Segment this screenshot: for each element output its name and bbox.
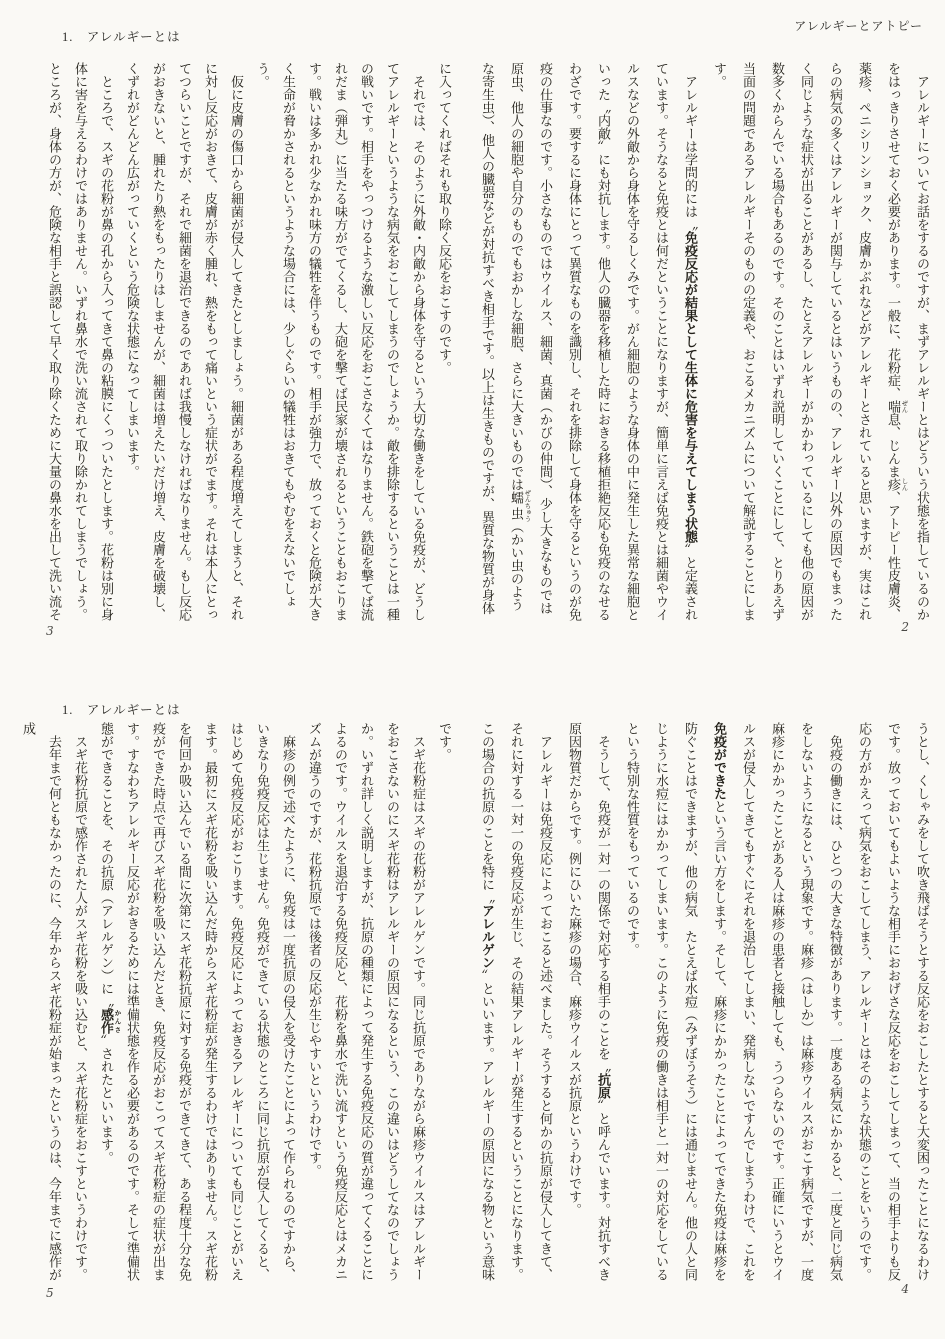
page-number: 5 bbox=[46, 1286, 54, 1300]
section-heading: 1. アレルギーとは bbox=[62, 27, 181, 45]
paragraph: アレルギーについてお話をするのですが、まずアレルギーとはどういう状態を指している… bbox=[705, 62, 937, 622]
book-spread-pages-4-5: 1. アレルギーとは です。 スギ花粉症はスギの花粉がアレルゲンです。同じ抗原で… bbox=[0, 650, 945, 1339]
section-heading: 1. アレルギーとは bbox=[62, 700, 181, 718]
body-text-page-3: に入ってくればそれも取り除く反応をおこすのです。 それでは、そのように外敵・内敵… bbox=[41, 62, 457, 622]
running-head: アレルギーとアトピー bbox=[794, 17, 923, 34]
paragraph: です。 bbox=[431, 722, 457, 1282]
page-3: 1. アレルギーとは に入ってくればそれも取り除く反応をおこすのです。 それでは… bbox=[0, 0, 462, 650]
paragraph: うとし、くしゃみをして吹き飛ばそうとする反応をおこしたとすると大変困ったことにな… bbox=[850, 722, 937, 1282]
page-4: うとし、くしゃみをして吹き飛ばそうとする反応をおこしたとすると大変困ったことにな… bbox=[462, 650, 945, 1339]
paragraph: アレルギーは免疫反応によっておこると述べました。そうすると何かの抗原が侵入してき… bbox=[473, 722, 560, 1282]
page-5: 1. アレルギーとは です。 スギ花粉症はスギの花粉がアレルゲンです。同じ抗原で… bbox=[0, 650, 462, 1339]
book-spread-pages-2-3: 1. アレルギーとは に入ってくればそれも取り除く反応をおこすのです。 それでは… bbox=[0, 0, 945, 650]
paragraph: そうして、免疫が一対一の関係で対応する相手のことを〝抗原〟と呼んでいます。対抗す… bbox=[560, 722, 618, 1282]
paragraph: 仮に皮膚の傷口から細菌が侵入してきたとしましょう。細菌がある程度増えてしまうと、… bbox=[119, 62, 249, 622]
paragraph: ところで、スギの花粉が鼻の孔から入ってきて鼻の粘膜にくっついたとします。花粉は別… bbox=[41, 62, 119, 622]
page-number: 4 bbox=[901, 1282, 909, 1296]
paragraph: それでは、そのように外敵・内敵から身体を守るという大切な働きをしている免疫が、ど… bbox=[249, 62, 431, 622]
paragraph: 免疫の働きには、ひとつの大きな特徴があります。一度ある病気にかかると、二度と同じ… bbox=[618, 722, 850, 1282]
body-text-page-4: うとし、くしゃみをして吹き飛ばそうとする反応をおこしたとすると大変困ったことにな… bbox=[473, 722, 937, 1282]
paragraph: アレルギーは学問的には〝免疫反応が結果として生体に危害を与えてしまう状態〟と定義… bbox=[473, 62, 705, 622]
body-text-page-5: です。 スギ花粉症はスギの花粉がアレルゲンです。同じ抗原でありながら麻疹ウイルス… bbox=[15, 722, 457, 1282]
page-2: アレルギーとアトピー アレルギーについてお話をするのですが、まずアレルギーとはど… bbox=[462, 0, 945, 650]
page-number: 3 bbox=[46, 624, 54, 638]
body-text-page-2: アレルギーについてお話をするのですが、まずアレルギーとはどういう状態を指している… bbox=[473, 62, 937, 622]
paragraph: 麻疹の例で述べたように、免疫は一度抗原の侵入を受けたことによって作られるのですか… bbox=[93, 722, 301, 1282]
paragraph: 去年まで何ともなかったのに、今年からスギ花粉症が始まったというのは、今年までに感… bbox=[15, 722, 67, 1282]
page-number: 2 bbox=[901, 620, 909, 634]
paragraph: スギ花粉症はスギの花粉がアレルゲンです。同じ抗原でありながら麻疹ウイルスはアレル… bbox=[301, 722, 431, 1282]
paragraph: に入ってくればそれも取り除く反応をおこすのです。 bbox=[431, 62, 457, 622]
paragraph: スギ花粉抗原で感作された人がスギ花粉を吸い込むと、スギ花粉症をおこすというわけで… bbox=[67, 722, 93, 1282]
